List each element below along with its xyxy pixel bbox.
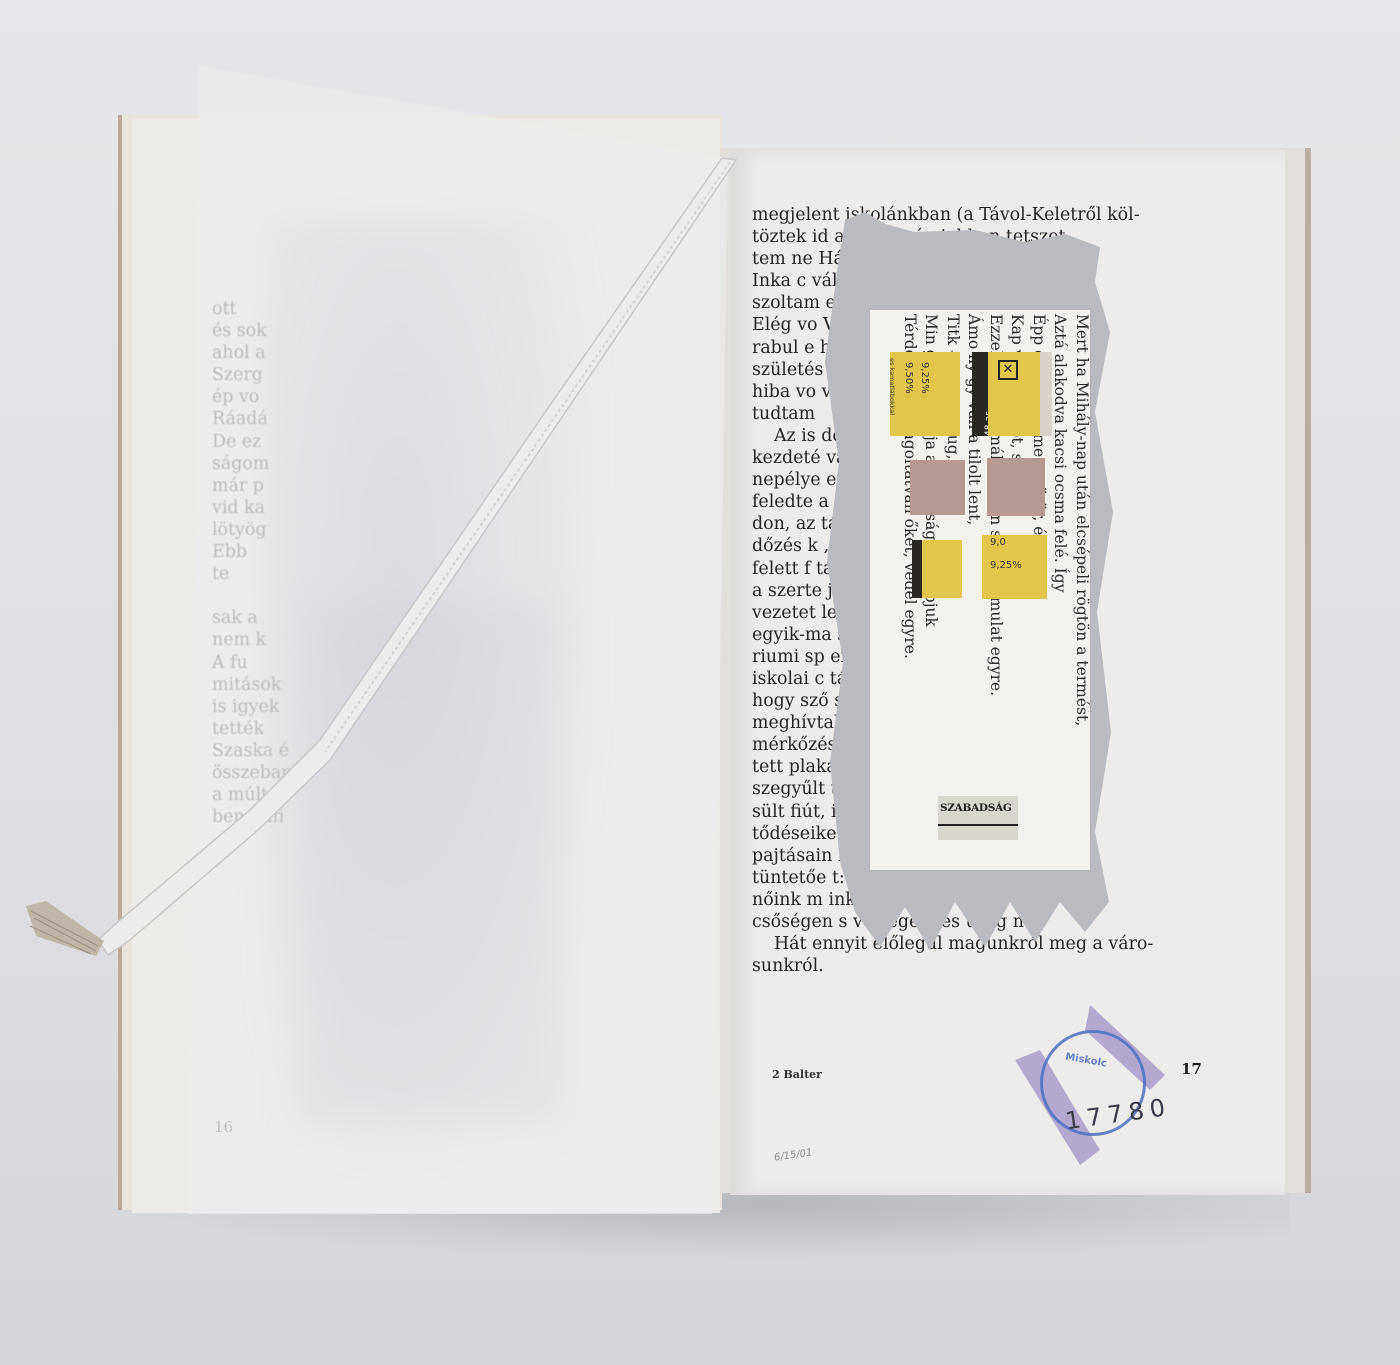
dark-stripe: 48-as telefon [972,352,988,436]
right-page: megjelent iskolánkban (a Távol-Keletről … [730,150,1285,1195]
text-line: Mert ha Mihály-nap után elcsépeli rögtön… [1071,314,1093,814]
text-line: sunkról. [752,955,1196,977]
chip-edge [1040,352,1052,436]
yellow-chip-rate: 9,25% 9,50% es kamatlábokkal [890,352,960,436]
handwritten-date: 6/15/01 [773,1147,813,1163]
collage-inset-paper: Mert ha Mihály-nap után elcsépeli rögtön… [870,310,1090,870]
yellow-chip-logo: ✕ [988,352,1040,436]
text-line: Aztá alakodva kacsi ocsma felé. Így [1049,314,1071,814]
right-page-number: 17 [1181,1060,1202,1078]
signature-mark: 2 Balter [772,1068,822,1081]
ribbon-frayed-end [26,896,106,956]
brown-chip [987,458,1045,516]
bank-logo-icon: ✕ [998,360,1018,380]
vellum-overlay-sheet[interactable] [188,66,728,1214]
dark-stripe [912,540,922,598]
brown-chip [910,460,965,515]
newspaper-masthead-clipping: SZABADSÁG [938,796,1018,840]
yellow-chip [922,540,962,598]
yellow-chip-rate: 9,0 9,25% [982,535,1047,599]
